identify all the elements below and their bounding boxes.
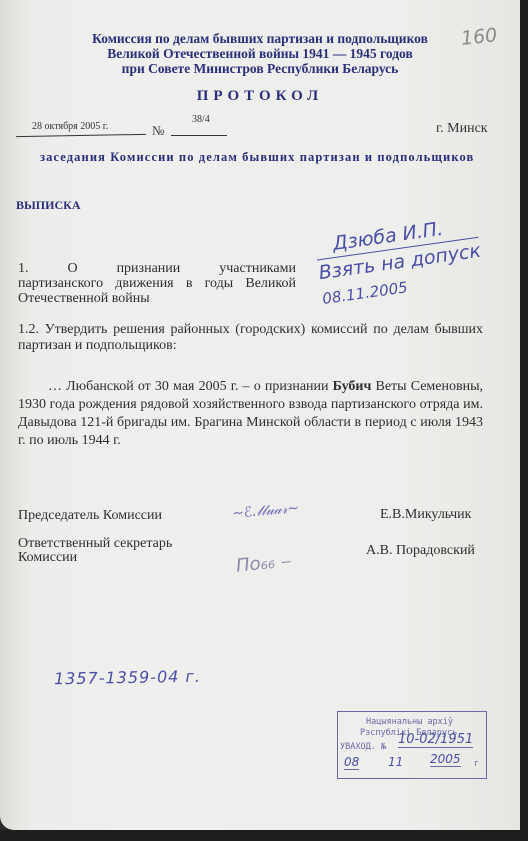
number-underline bbox=[171, 135, 227, 136]
decision-text: … Любанской от 30 мая 2005 г. – о призна… bbox=[18, 378, 483, 450]
handwritten-reference: 1357-1359-04 г. bbox=[54, 667, 201, 689]
item-1-number: 1. bbox=[18, 261, 29, 276]
letterhead-line-3: при Совете Министров Республики Беларусь bbox=[40, 61, 480, 76]
stamp-year-suffix: г bbox=[474, 759, 479, 769]
decision-surname: Бубич bbox=[333, 379, 372, 394]
protocol-date: 28 октября 2005 г. bbox=[32, 121, 108, 132]
stamp-year: 2005 bbox=[430, 752, 461, 767]
document-page: Комиссия по делам бывших партизан и подп… bbox=[0, 0, 520, 830]
scan-edge-bottom bbox=[0, 830, 528, 841]
scan-edge-right bbox=[520, 0, 528, 841]
item-1-rest: партизанского движения в годы Великой От… bbox=[18, 276, 296, 306]
letterhead-line-2: Великой Отечественной войны 1941 — 1945 … bbox=[40, 46, 480, 61]
item-1-word: О bbox=[67, 261, 77, 276]
number-sign: № bbox=[152, 123, 164, 139]
secretary-label: Ответственный секретарь Комиссии bbox=[18, 537, 172, 565]
item-1-word: участниками bbox=[219, 261, 296, 276]
decision-before: … Любанской от 30 мая 2005 г. – о призна… bbox=[48, 379, 333, 394]
extract-label: ВЫПИСКА bbox=[16, 198, 81, 213]
stamp-inbound-label: УВАХОД. № bbox=[340, 742, 386, 752]
letterhead-line-1: Комиссия по делам бывших партизан и подп… bbox=[40, 31, 480, 46]
stamp-month: 11 bbox=[388, 755, 403, 769]
stamp-inbound-number: 10-02/1951 bbox=[398, 732, 473, 748]
protocol-city: г. Минск bbox=[436, 121, 488, 137]
handwritten-annotation: Дзюба И.П. Взять на допуск 08.11.2005 bbox=[313, 211, 486, 312]
secretary-label-line-2: Комиссии bbox=[18, 551, 172, 565]
chair-signature: ~ℰ.𝓁𝓁𝓊𝒶𝓇~ bbox=[231, 500, 299, 522]
archive-stamp: Нацыянальны архіў Рэспублікі Беларусь УВ… bbox=[337, 711, 487, 779]
secretary-signature: Пo₆₆ ⎯ bbox=[235, 550, 291, 576]
stamp-day: 08 bbox=[344, 755, 359, 770]
secretary-label-line-1: Ответственный секретарь bbox=[18, 537, 172, 551]
item-1: 1. О признании участниками партизанского… bbox=[18, 261, 296, 306]
page-number-handwritten: 160 bbox=[460, 24, 498, 50]
chair-name: Е.В.Микульчик bbox=[380, 507, 471, 523]
document-title: ПРОТОКОЛ bbox=[0, 88, 520, 105]
document-subtitle: заседания Комиссии по делам бывших парти… bbox=[40, 150, 474, 165]
letterhead: Комиссия по делам бывших партизан и подп… bbox=[40, 31, 480, 76]
protocol-number: 38/4 bbox=[192, 114, 210, 125]
secretary-name: А.В. Порадовский bbox=[366, 543, 475, 559]
stamp-line-1: Нацыянальны архіў bbox=[366, 717, 453, 727]
chair-label: Председатель Комиссии bbox=[18, 509, 162, 523]
date-underline bbox=[16, 134, 146, 137]
item-1-2: 1.2. Утвердить решения районных (городск… bbox=[18, 322, 483, 354]
item-1-word: признании bbox=[117, 261, 181, 276]
